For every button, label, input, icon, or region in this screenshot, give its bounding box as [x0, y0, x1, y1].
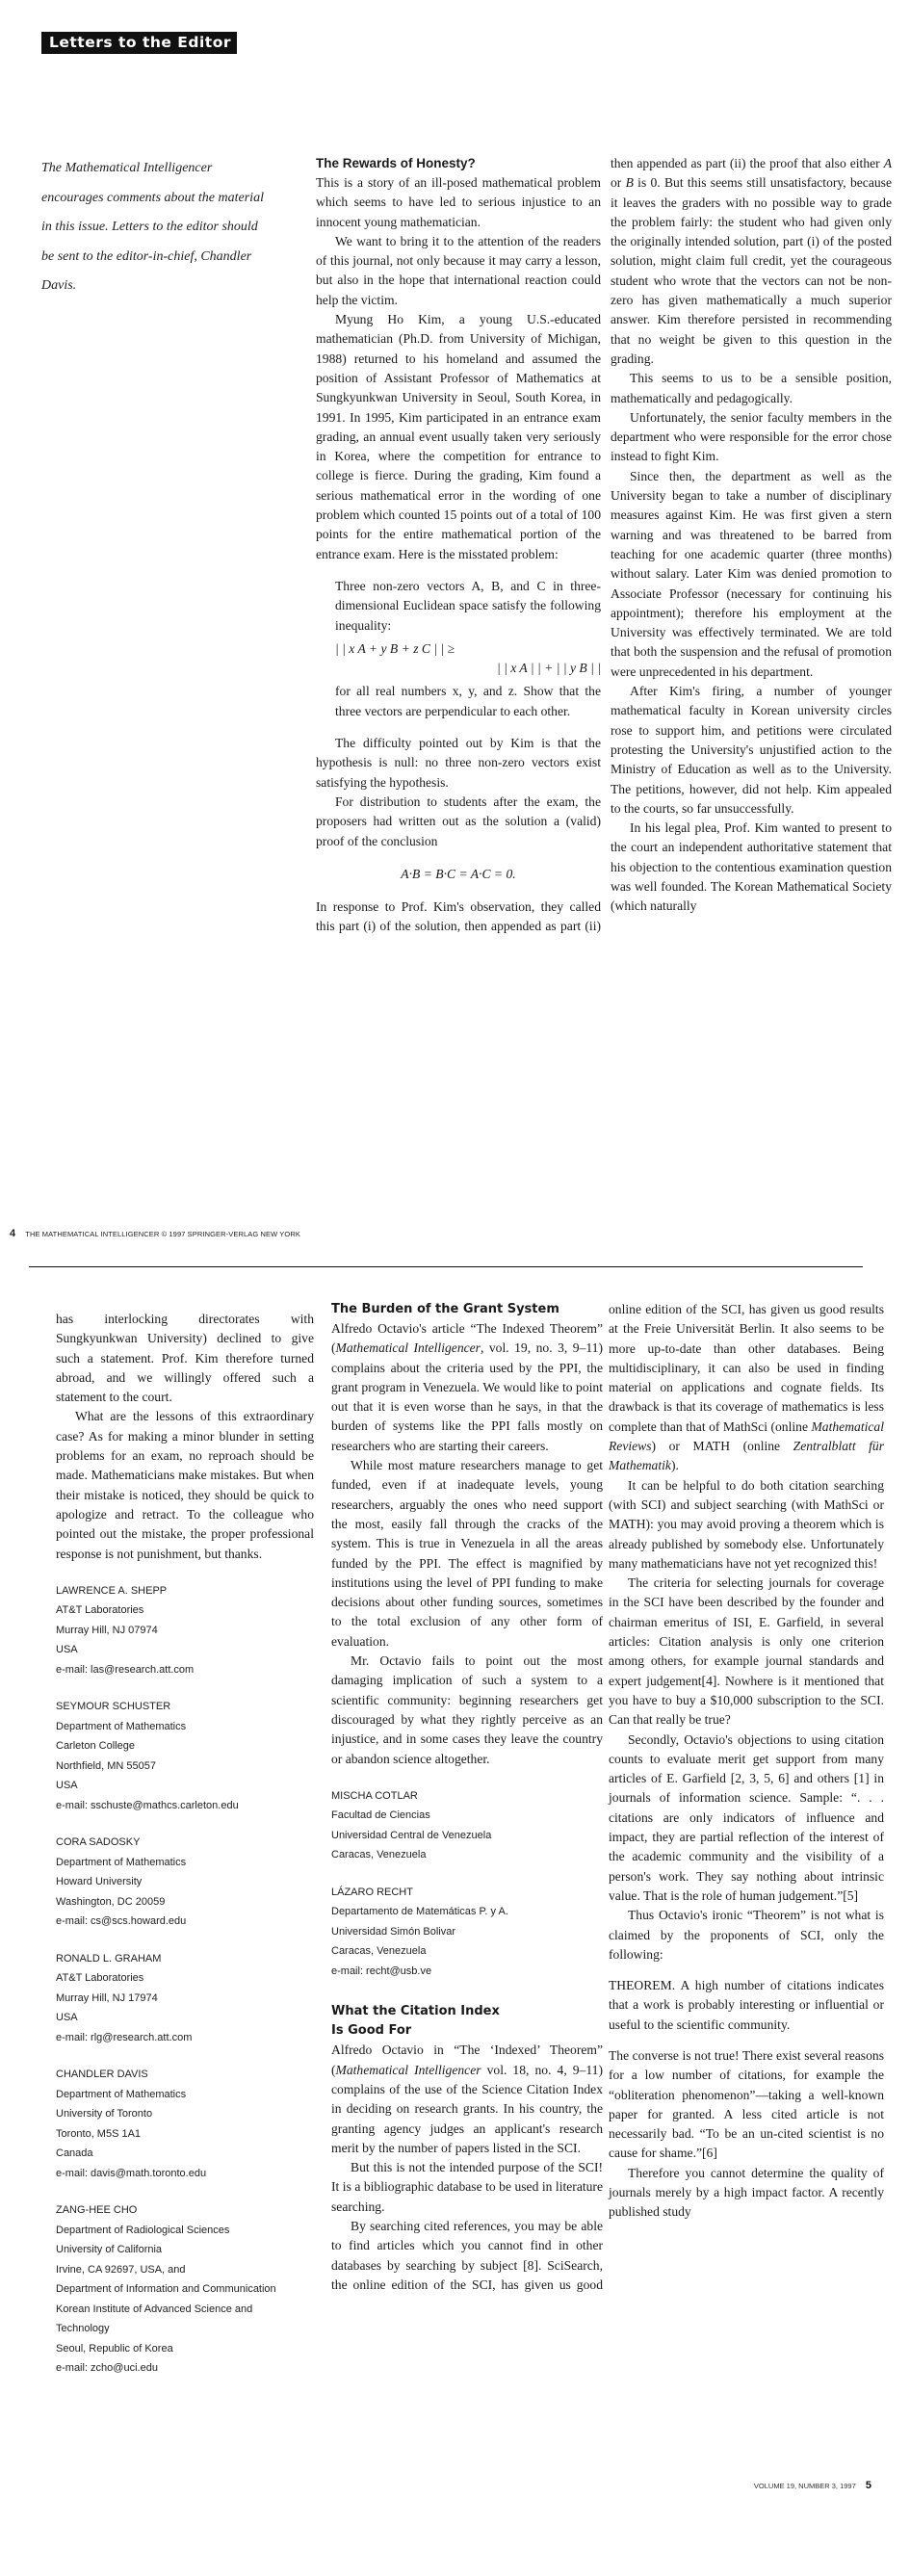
signatory-address: Caracas, Venezuela	[331, 1941, 603, 1962]
paragraph: For distribution to students after the e…	[316, 793, 601, 851]
signatory-affiliation: Carleton College	[56, 1736, 314, 1756]
signatory-affiliation: Department of Mathematics	[56, 1717, 314, 1737]
letter-rewards-col-2: then appended as part (ii) the proof tha…	[611, 154, 892, 917]
paragraph: This is a story of an ill-posed mathemat…	[316, 173, 601, 232]
signatory-address: Murray Hill, NJ 07974	[56, 1621, 314, 1641]
signatory-affiliation: AT&T Laboratories	[56, 1968, 314, 1989]
problem-block: Three non-zero vectors A, B, and C in th…	[335, 577, 601, 721]
equation: A·B = B·C = A·C = 0.	[316, 865, 601, 884]
signatory-email[interactable]: e-mail: sschuste@mathcs.carleton.edu	[56, 1796, 314, 1816]
paragraph: By searching cited references, you may b…	[331, 2217, 603, 2295]
signatory-affiliation: Department of Mathematics	[56, 1853, 314, 1873]
signatory-email[interactable]: e-mail: recht@usb.ve	[331, 1962, 603, 1982]
paragraph: Mr. Octavio fails to point out the most …	[331, 1652, 603, 1769]
signatory-name: SEYMOUR SCHUSTER	[56, 1697, 314, 1717]
signatory-email[interactable]: e-mail: rlg@research.att.com	[56, 2028, 314, 2048]
page-footer-left: 4 THE MATHEMATICAL INTELLIGENCER © 1997 …	[10, 1228, 300, 1239]
signatory-name: CHANDLER DAVIS	[56, 2065, 314, 2085]
letters-col-right: online edition of the SCI, has given us …	[609, 1300, 884, 2223]
paragraph: then appended as part (ii) the proof tha…	[611, 154, 892, 369]
signature-block: LAWRENCE A. SHEPP AT&T Laboratories Murr…	[56, 1581, 314, 2379]
theorem-statement: THEOREM. A high number of citations indi…	[609, 1976, 884, 2035]
inequality-line-2: | | x A | | + | | y B | |	[335, 659, 601, 678]
paragraph: It can be helpful to do both citation se…	[609, 1476, 884, 1574]
signatory-affiliation: Technology	[56, 2319, 314, 2339]
page-4: Letters to the Editor The Mathematical I…	[0, 0, 910, 1271]
signatory-address: Toronto, M5S 1A1	[56, 2124, 314, 2145]
converse-block: The converse is not true! There exist se…	[609, 2046, 884, 2164]
signatory: RONALD L. GRAHAM AT&T Laboratories Murra…	[56, 1949, 314, 2048]
signatory-name: CORA SADOSKY	[56, 1833, 314, 1853]
signatory-address: Northfield, MN 55057	[56, 1756, 314, 1777]
signatory: LÁZARO RECHT Departamento de Matemáticas…	[331, 1883, 603, 1982]
page-number: 5	[866, 2480, 871, 2491]
page-divider	[29, 1266, 863, 1267]
signatory-address: Washington, DC 20059	[56, 1892, 314, 1912]
signatory: SEYMOUR SCHUSTER Department of Mathemati…	[56, 1697, 314, 1815]
paragraph: has interlocking directorates with Sungk…	[56, 1310, 314, 1407]
signatory: CORA SADOSKY Department of Mathematics H…	[56, 1833, 314, 1932]
signatory-country: Canada	[56, 2144, 314, 2164]
signatory: ZANG-HEE CHO Department of Radiological …	[56, 2200, 314, 2379]
intro-note: The Mathematical Intelligencer encourage…	[41, 154, 273, 301]
inequality-line-1: | | x A + y B + z C | | ≥	[335, 639, 601, 659]
paragraph: While most mature researchers manage to …	[331, 1456, 603, 1652]
paragraph: This seems to us to be a sensible positi…	[611, 369, 892, 408]
letter-title: The Burden of the Grant System	[331, 1300, 603, 1319]
signatory-affiliation: Departamento de Matemáticas P. y A.	[331, 1902, 603, 1922]
letters-col-middle: The Burden of the Grant System Alfredo O…	[331, 1300, 603, 2295]
letter-citation-index: What the Citation Index Is Good For Alfr…	[331, 2002, 603, 2295]
signatory-email[interactable]: e-mail: las@research.att.com	[56, 1660, 314, 1680]
paragraph: The criteria for selecting journals for …	[609, 1574, 884, 1730]
signatory-name: ZANG-HEE CHO	[56, 2200, 314, 2221]
problem-statement: Three non-zero vectors A, B, and C in th…	[335, 577, 601, 636]
paragraph: We want to bring it to the attention of …	[316, 232, 601, 310]
signatory-address: Caracas, Venezuela	[331, 1845, 603, 1865]
letter-title: The Rewards of Honesty?	[316, 154, 601, 173]
paragraph: Thus Octavio's ironic “Theorem” is not w…	[609, 1906, 884, 1965]
paragraph: After Kim's firing, a number of younger …	[611, 682, 892, 819]
signatory-address: Seoul, Republic of Korea	[56, 2339, 314, 2359]
paragraph: Since then, the department as well as th…	[611, 467, 892, 682]
signatory-affiliation: Universidad Central de Venezuela	[331, 1826, 603, 1846]
paragraph: In his legal plea, Prof. Kim wanted to p…	[611, 819, 892, 916]
signature-block: MISCHA COTLAR Facultad de Ciencias Unive…	[331, 1786, 603, 1982]
signatory-affiliation: Korean Institute of Advanced Science and	[56, 2300, 314, 2320]
problem-conclusion: for all real numbers x, y, and z. Show t…	[335, 682, 601, 721]
signatory-affiliation: Department of Mathematics	[56, 2085, 314, 2105]
signatory-country: USA	[56, 1640, 314, 1660]
page-footer-right: VOLUME 19, NUMBER 3, 1997 5	[754, 2480, 871, 2491]
copyright-line: THE MATHEMATICAL INTELLIGENCER © 1997 SP…	[25, 1230, 300, 1238]
signatory-country: USA	[56, 1776, 314, 1796]
paragraph: Therefore you cannot determine the quali…	[609, 2164, 884, 2223]
paragraph: Secondly, Octavio's objections to using …	[609, 1730, 884, 1907]
signatory-affiliation: University of Toronto	[56, 2104, 314, 2124]
signatory-country: USA	[56, 2008, 314, 2028]
letter-rewards-col-1: The Rewards of Honesty? This is a story …	[316, 154, 601, 937]
page-number: 4	[10, 1228, 15, 1239]
letter-title: What the Citation Index Is Good For	[331, 2002, 603, 2041]
paragraph: online edition of the SCI, has given us …	[609, 1300, 884, 1476]
paragraph: Alfredo Octavio's article “The Indexed T…	[331, 1319, 603, 1456]
paragraph: In response to Prof. Kim's observation, …	[316, 898, 601, 937]
signatory-email[interactable]: e-mail: zcho@uci.edu	[56, 2358, 314, 2379]
section-tag: Letters to the Editor	[41, 32, 237, 54]
signatory-address: Murray Hill, NJ 17974	[56, 1989, 314, 2009]
signatory-email[interactable]: e-mail: cs@scs.howard.edu	[56, 1912, 314, 1932]
signatory-affiliation: Howard University	[56, 1872, 314, 1892]
letter-rewards-col-3: has interlocking directorates with Sungk…	[56, 1310, 314, 2379]
signatory-address: Irvine, CA 92697, USA, and	[56, 2260, 314, 2280]
signatory: CHANDLER DAVIS Department of Mathematics…	[56, 2065, 314, 2183]
signatory-affiliation: Facultad de Ciencias	[331, 1806, 603, 1826]
volume-line: VOLUME 19, NUMBER 3, 1997	[754, 2482, 856, 2490]
signatory-affiliation: University of California	[56, 2240, 314, 2260]
signatory-name: LAWRENCE A. SHEPP	[56, 1581, 314, 1601]
page-5: has interlocking directorates with Sungk…	[0, 1271, 910, 2576]
signatory-name: RONALD L. GRAHAM	[56, 1949, 314, 1969]
signatory-name: MISCHA COTLAR	[331, 1786, 603, 1807]
paragraph: Alfredo Octavio in “The ‘Indexed’ Theore…	[331, 2041, 603, 2158]
signatory-affiliation: Universidad Simón Bolivar	[331, 1922, 603, 1942]
signatory-email[interactable]: e-mail: davis@math.toronto.edu	[56, 2164, 314, 2184]
paragraph: The converse is not true! There exist se…	[609, 2046, 884, 2164]
paragraph: But this is not the intended purpose of …	[331, 2158, 603, 2217]
signatory-affiliation: Department of Information and Communicat…	[56, 2279, 314, 2300]
signatory: MISCHA COTLAR Facultad de Ciencias Unive…	[331, 1786, 603, 1865]
signatory-affiliation: Department of Radiological Sciences	[56, 2221, 314, 2241]
signatory: LAWRENCE A. SHEPP AT&T Laboratories Murr…	[56, 1581, 314, 1680]
theorem-block: THEOREM. A high number of citations indi…	[609, 1976, 884, 2035]
paragraph: Unfortunately, the senior faculty member…	[611, 408, 892, 467]
paragraph: What are the lessons of this extraordina…	[56, 1407, 314, 1563]
paragraph: Myung Ho Kim, a young U.S.-educated math…	[316, 310, 601, 564]
signatory-name: LÁZARO RECHT	[331, 1883, 603, 1903]
paragraph: The difficulty pointed out by Kim is tha…	[316, 734, 601, 793]
signatory-affiliation: AT&T Laboratories	[56, 1600, 314, 1621]
